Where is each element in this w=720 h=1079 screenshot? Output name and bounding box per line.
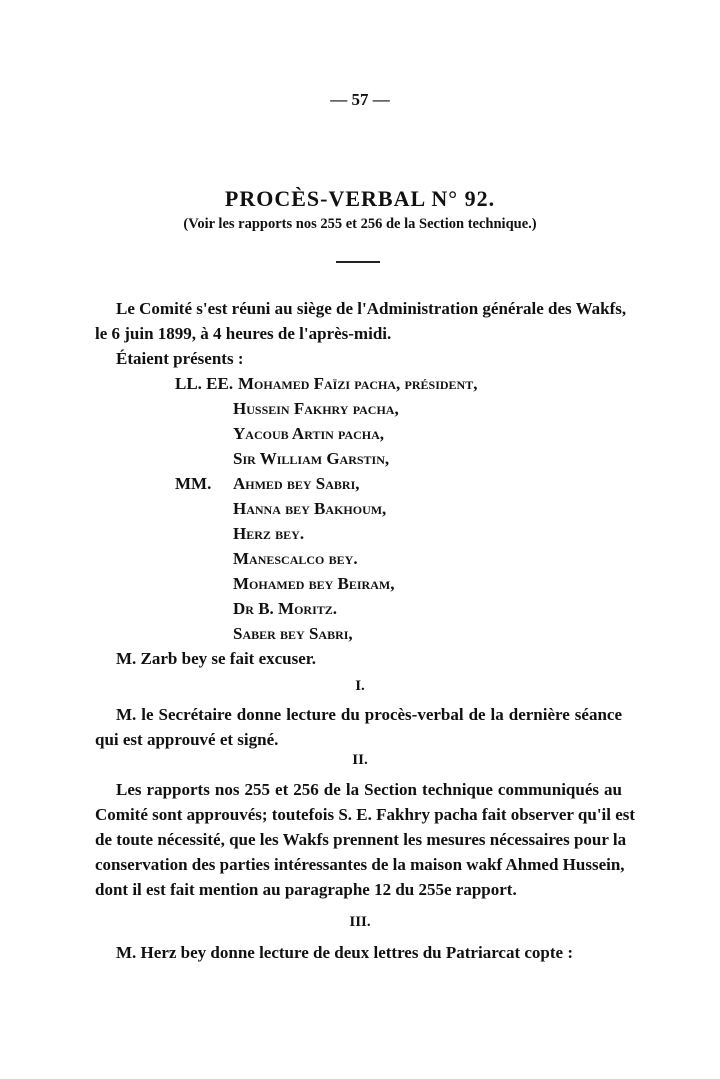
- intro-line-2: le 6 juin 1899, à 4 heures de l'après-mi…: [95, 321, 391, 346]
- paragraph-line: de toute nécessité, que les Wakfs prenne…: [95, 827, 622, 852]
- paragraph-line: qui est approuvé et signé.: [95, 727, 278, 752]
- paragraph-line: M. Herz bey donne lecture de deux lettre…: [116, 940, 573, 965]
- paragraph-line: Comité sont approuvés; toutefois S. E. F…: [95, 802, 622, 827]
- attendee: Hanna bey Bakhoum,: [233, 496, 386, 521]
- attendee: Saber bey Sabri,: [233, 621, 353, 646]
- attendee: Hussein Fakhry pacha,: [233, 396, 399, 421]
- section-numeral-3: III.: [0, 914, 720, 931]
- attendee: Mohamed bey Beiram,: [233, 571, 394, 596]
- page-number: — 57 —: [0, 90, 720, 110]
- page-title: PROCÈS-VERBAL N° 92.: [0, 186, 720, 212]
- group-label-excellencies: LL. EE.: [175, 371, 233, 396]
- attendee: Sir William Garstin,: [233, 446, 389, 471]
- page-subtitle: (Voir les rapports nos 255 et 256 de la …: [0, 216, 720, 233]
- excused-note: M. Zarb bey se fait excuser.: [116, 646, 316, 671]
- attendee: Herz bey.: [233, 521, 304, 546]
- attendee: Yacoub Artin pacha,: [233, 421, 384, 446]
- paragraph-line: Les rapports nos 255 et 256 de la Sectio…: [116, 777, 622, 802]
- attendee: Mohamed Faïzi pacha, président,: [238, 371, 477, 396]
- intro-line-3: Étaient présents :: [116, 346, 243, 371]
- attendee: Manescalco bey.: [233, 546, 358, 571]
- section-numeral-1: I.: [0, 678, 720, 695]
- attendee: Dr B. Moritz.: [233, 596, 337, 621]
- paragraph-line: dont il est fait mention au paragraphe 1…: [95, 877, 517, 902]
- paragraph-line: M. le Secrétaire donne lecture du procès…: [116, 702, 622, 727]
- section-numeral-2: II.: [0, 752, 720, 769]
- paragraph-line: conservation des parties intéressantes d…: [95, 852, 622, 877]
- intro-line-1: Le Comité s'est réuni au siège de l'Admi…: [116, 296, 622, 321]
- group-label-messieurs: MM.: [175, 471, 211, 496]
- attendee: Ahmed bey Sabri,: [233, 471, 360, 496]
- divider-rule: [336, 261, 380, 263]
